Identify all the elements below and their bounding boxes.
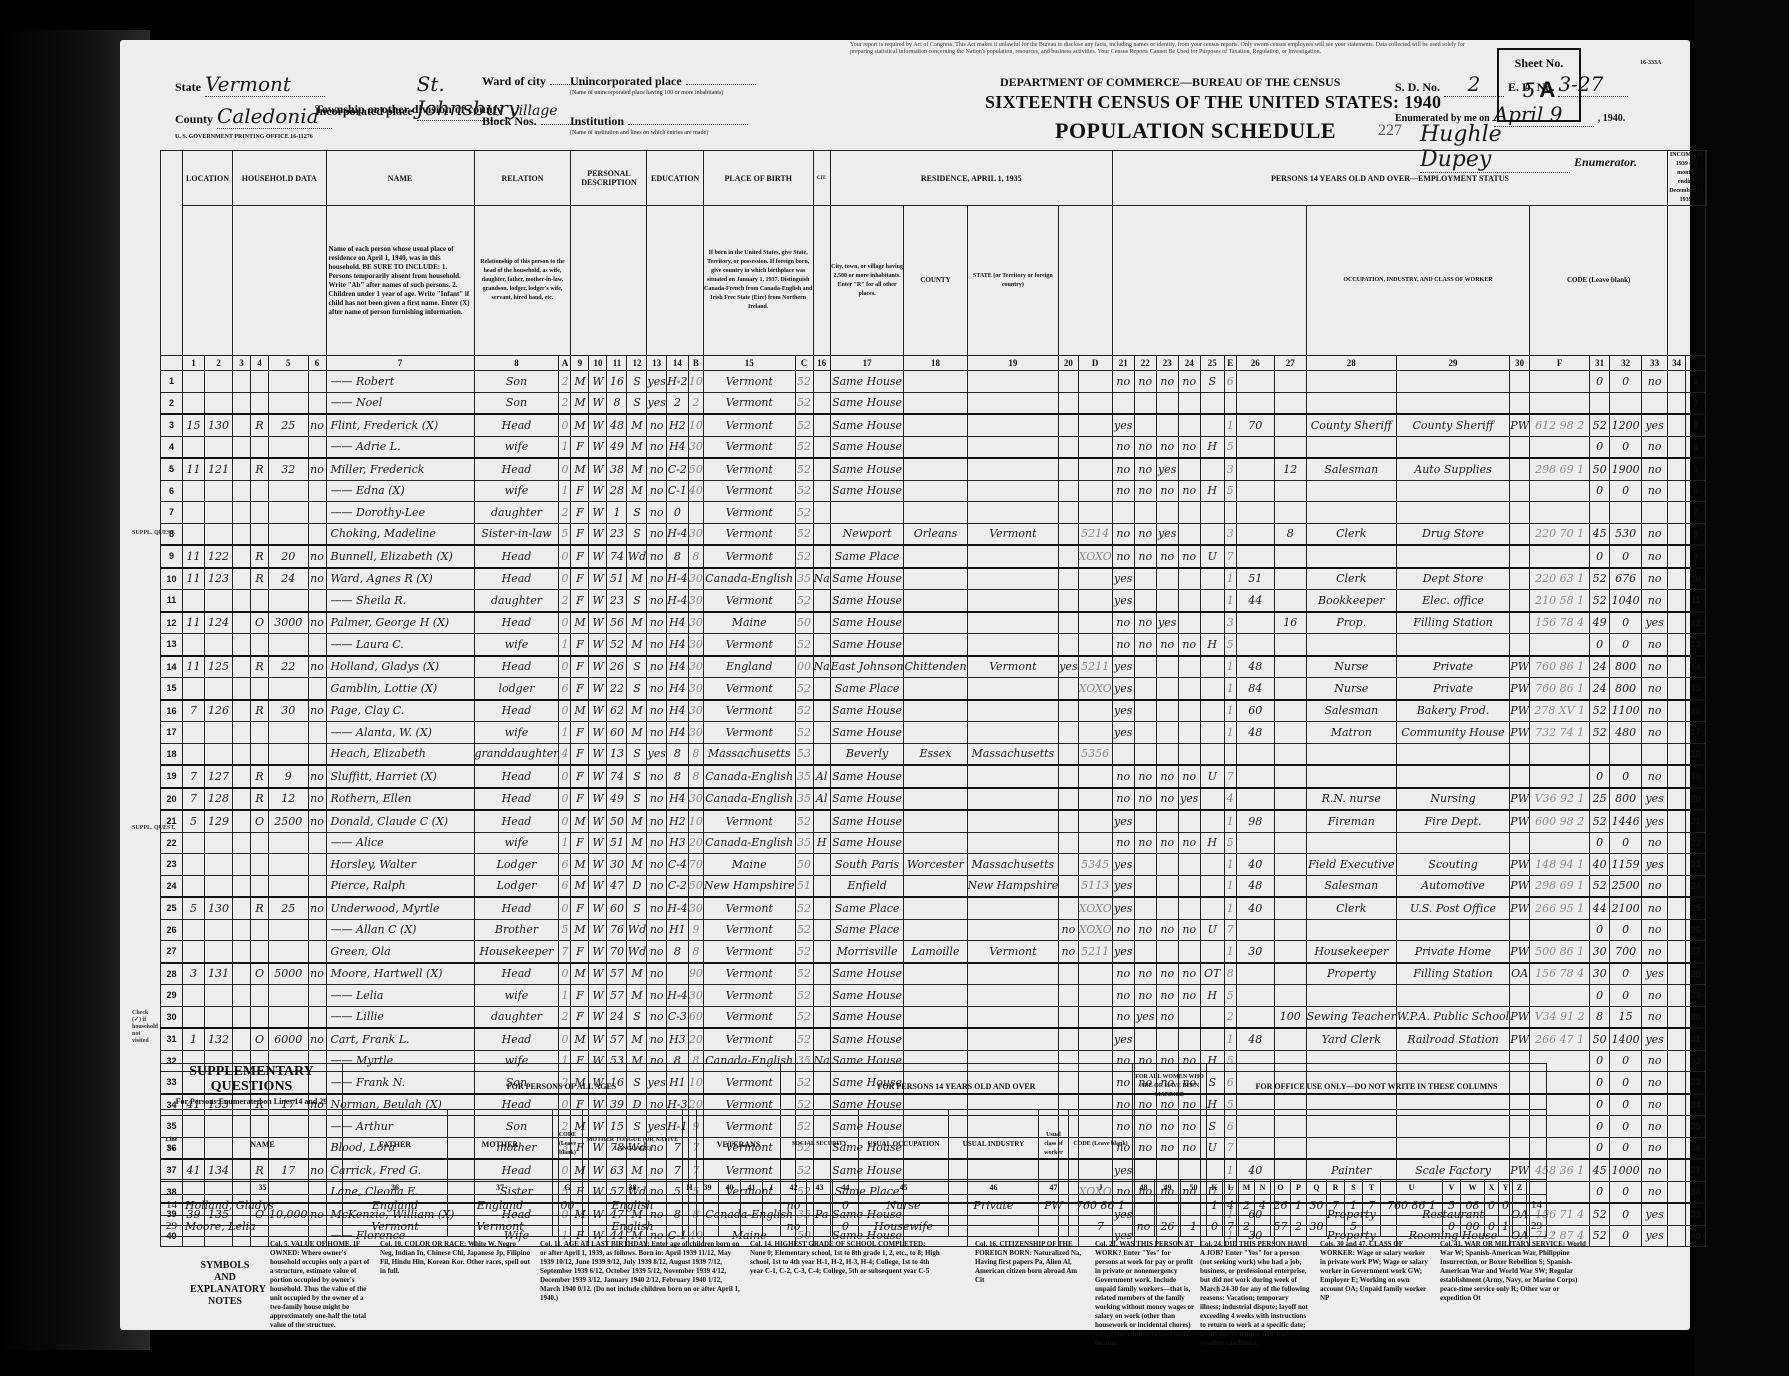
cell-age: 24 — [607, 1006, 627, 1028]
cell-a: 0 — [559, 700, 571, 722]
cell-other-income: no — [1642, 1072, 1668, 1094]
cell-c: 52 — [795, 590, 813, 612]
cell-grade: H4 — [666, 788, 688, 811]
cell-c25 — [1200, 568, 1224, 590]
cell-c22: no — [1134, 458, 1156, 480]
supp-cell-c48 — [1133, 1195, 1155, 1216]
cell-f — [1530, 480, 1590, 502]
column-number: 2 — [205, 356, 233, 371]
cell-c21: yes — [1112, 568, 1134, 590]
cell-own — [251, 523, 269, 545]
cell-birth: Vermont — [703, 545, 795, 568]
cell-c24 — [1178, 458, 1200, 480]
supp-column-number: 41 — [741, 1180, 763, 1195]
residence-city-header: City, town, or village having 2,500 or m… — [830, 206, 904, 356]
cell-wages: 1100 — [1610, 700, 1642, 722]
cell-c: 53 — [795, 743, 813, 765]
cell-sex: M — [571, 700, 589, 722]
line-number: 7 — [161, 502, 183, 524]
cell-res-county — [904, 678, 967, 700]
line-number: 14 — [161, 656, 183, 678]
supp-name-header: NAME — [183, 1110, 343, 1180]
cell-class: OA — [1510, 963, 1530, 985]
cell-marital: M — [627, 722, 647, 744]
cell-c: 52 — [795, 700, 813, 722]
cell-race: W — [589, 765, 607, 788]
column-group-header: LOCATION HOUSEHOLD DATA NAME RELATION PE… — [161, 151, 1707, 206]
cell-c25: H — [1200, 985, 1224, 1007]
cell-a: 0 — [559, 1028, 571, 1050]
cell-value — [269, 371, 309, 393]
cell-c22: no — [1134, 371, 1156, 393]
cell-race: W — [589, 414, 607, 436]
cell-farm: no — [308, 414, 326, 436]
cell-sex: M — [571, 1028, 589, 1050]
cell-sex: M — [571, 875, 589, 897]
cell-sex: M — [571, 458, 589, 480]
cell-res-city: South Paris — [830, 854, 904, 876]
cell-street: 7 — [183, 788, 205, 811]
line-number: 2 — [161, 392, 183, 414]
cell-farm35 — [1059, 743, 1078, 765]
cell-class: PW — [1510, 1006, 1530, 1028]
line-number: 10 — [1686, 568, 1706, 590]
supp-column-number: M — [1239, 1180, 1255, 1195]
cell-c: 52 — [795, 414, 813, 436]
cell-e: 1 — [1224, 722, 1236, 744]
cell-relation: daughter — [474, 590, 559, 612]
cell-value: 6000 — [269, 1028, 309, 1050]
cell-c: 52 — [795, 480, 813, 502]
cell-sex: F — [571, 832, 589, 854]
cell-d — [1078, 568, 1112, 590]
line-number: 20 — [161, 788, 183, 811]
cell-farm — [308, 743, 326, 765]
cell-house: 124 — [205, 612, 233, 634]
cell-farm35 — [1059, 1028, 1078, 1050]
cell-house — [205, 634, 233, 656]
cell-age: 56 — [607, 612, 627, 634]
cell-farm: no — [308, 545, 326, 568]
supp-cell-z — [1513, 1195, 1527, 1216]
cell-c27: 12 — [1274, 458, 1306, 480]
cell-c24: no — [1178, 634, 1200, 656]
cell-e: 5 — [1224, 480, 1236, 502]
cell-marital: M — [627, 436, 647, 458]
cell-occupation: Clerk — [1306, 523, 1396, 545]
cell-marital: M — [627, 480, 647, 502]
line-number: 21 — [1686, 810, 1706, 832]
column-number: 4 — [251, 356, 269, 371]
cell-c22: yes — [1134, 1006, 1156, 1028]
cell-farm-sched — [1668, 634, 1686, 656]
cell-street — [183, 919, 205, 941]
cell-res-city: Same House — [830, 568, 904, 590]
cell-occupation — [1306, 919, 1396, 941]
cell-c27 — [1274, 919, 1306, 941]
cell-school: no — [647, 985, 666, 1007]
supp-cell-q: 30 — [1307, 1195, 1327, 1216]
cell-street: 7 — [183, 700, 205, 722]
cell-b: 30 — [688, 590, 703, 612]
cell-weeks: 24 — [1590, 678, 1610, 700]
cell-res-city: Same House — [830, 436, 904, 458]
cell-marital: D — [627, 875, 647, 897]
cell-res-city: Same Place — [830, 678, 904, 700]
supp-cell-q: 30 — [1307, 1216, 1327, 1237]
cell-school: no — [647, 832, 666, 854]
cell-c24: no — [1178, 436, 1200, 458]
cell-industry: U.S. Post Office — [1396, 897, 1509, 919]
cell-d — [1078, 1028, 1112, 1050]
cell-wages: 0 — [1610, 1203, 1642, 1225]
cell-occupation — [1306, 480, 1396, 502]
cell-birth: Vermont — [703, 700, 795, 722]
column-number: 28 — [1306, 356, 1396, 371]
cell-d — [1078, 436, 1112, 458]
cell-age: 26 — [607, 656, 627, 678]
cell-weeks: 52 — [1590, 700, 1610, 722]
cell-c23: yes — [1156, 458, 1178, 480]
cell-res-state: Massachusetts — [967, 743, 1059, 765]
cell-c24 — [1178, 612, 1200, 634]
cell-relation: Head — [474, 612, 559, 634]
supp-cell-v: 5 — [1443, 1195, 1461, 1216]
cell-other-income: no — [1642, 634, 1668, 656]
supp-cell-p: 2 — [1291, 1216, 1307, 1237]
cell-other-income: no — [1642, 590, 1668, 612]
supp-father-header: FATHER — [343, 1110, 448, 1180]
note-col5: Col. 5. VALUE OF HOME, IF OWNED: Where o… — [270, 1240, 370, 1330]
cell-other-income: no — [1642, 1181, 1668, 1203]
cell-relation: Head — [474, 963, 559, 985]
cell-num — [233, 963, 251, 985]
cell-occupation — [1306, 436, 1396, 458]
cell-class — [1510, 743, 1530, 765]
cell-res-city: Same House — [830, 371, 904, 393]
institution-field: Institution (Name of institution and lin… — [570, 112, 748, 137]
column-number — [1686, 356, 1706, 371]
line-number: 6 — [161, 480, 183, 502]
cell-res-county — [904, 436, 967, 458]
cell-res-state — [967, 678, 1059, 700]
cell-sex: F — [571, 502, 589, 524]
cell-num — [233, 722, 251, 744]
cell-c21: no — [1112, 545, 1134, 568]
cell-grade — [666, 963, 688, 985]
cell-f: 612 98 2 — [1530, 414, 1590, 436]
cell-sex: F — [571, 656, 589, 678]
cell-res-county — [904, 590, 967, 612]
line-number: 18 — [1686, 743, 1706, 765]
cell-farm-sched — [1668, 545, 1686, 568]
cell-c23: no — [1156, 480, 1178, 502]
cell-street — [183, 832, 205, 854]
cell-school: no — [647, 700, 666, 722]
cell-street: 11 — [183, 656, 205, 678]
cell-res-city: Same House — [830, 810, 904, 832]
cell-c23 — [1156, 502, 1178, 524]
cell-sex: F — [571, 897, 589, 919]
cell-street: 11 — [183, 458, 205, 480]
cell-e: 1 — [1224, 941, 1236, 963]
cell-school: no — [647, 722, 666, 744]
cell-name: Pierce, Ralph — [326, 875, 474, 897]
cell-num — [233, 545, 251, 568]
birth-instructions: If born in the United States, give State… — [703, 206, 813, 356]
cell-d: 5113 — [1078, 875, 1112, 897]
cell-name: Underwood, Myrtle — [326, 897, 474, 919]
cell-res-city: Same House — [830, 480, 904, 502]
cell-industry: Private — [1396, 656, 1509, 678]
cell-c23 — [1156, 875, 1178, 897]
cell-farm35 — [1059, 414, 1078, 436]
cell-wages: 1446 — [1610, 810, 1642, 832]
cell-b: 30 — [688, 523, 703, 545]
cell-name: —— Dorothy-Lee — [326, 502, 474, 524]
cell-c25 — [1200, 502, 1224, 524]
cell-age: 57 — [607, 985, 627, 1007]
cell-farm-sched — [1668, 458, 1686, 480]
supp-cell-c50: 1 — [1181, 1216, 1207, 1237]
supp-cell-c44: 0 — [833, 1195, 859, 1216]
cell-grade: H4 — [666, 634, 688, 656]
supp-cell-code: 00 — [553, 1195, 583, 1216]
cell-own — [251, 392, 269, 414]
cell-res-city: Same Place — [830, 919, 904, 941]
supp-cell-43 — [807, 1195, 833, 1216]
cell-occupation: Salesman — [1306, 875, 1396, 897]
cell-relation: wife — [474, 985, 559, 1007]
cell-f: 500 86 1 — [1530, 941, 1590, 963]
census-row: 4—— Adrie L.wife1FW49MnoH430Vermont52Sam… — [161, 436, 1707, 458]
cell-res-county — [904, 502, 967, 524]
note-col24: Col. 24. DID THIS PERSON HAVE A JOB? Ent… — [1200, 1240, 1310, 1348]
cell-weeks: 0 — [1590, 1137, 1610, 1159]
column-number: 30 — [1510, 356, 1530, 371]
supp-cell-41 — [741, 1216, 763, 1237]
cell-c24: no — [1178, 545, 1200, 568]
cell-d: 5356 — [1078, 743, 1112, 765]
cell-c23 — [1156, 656, 1178, 678]
cell-other-income: no — [1642, 1116, 1668, 1138]
cell-c21: no — [1112, 832, 1134, 854]
cell-farm35 — [1059, 854, 1078, 876]
cell-birth: Maine — [703, 854, 795, 876]
cell-sex: F — [571, 1006, 589, 1028]
supp-usual-ind-header: USUAL INDUSTRY — [949, 1110, 1039, 1180]
cell-c25 — [1200, 678, 1224, 700]
cell-value: 9 — [269, 765, 309, 788]
cell-c: 35 — [795, 568, 813, 590]
cell-c26: 40 — [1236, 854, 1274, 876]
cell-class — [1510, 765, 1530, 788]
cell-weeks: 8 — [1590, 1006, 1610, 1028]
cell-c21: no — [1112, 985, 1134, 1007]
cell-c21: no — [1112, 436, 1134, 458]
cell-c27 — [1274, 634, 1306, 656]
cell-other-income: yes — [1642, 414, 1668, 436]
cell-class — [1510, 612, 1530, 634]
supp-cell-usualind — [949, 1216, 1039, 1237]
cell-c26 — [1236, 392, 1274, 414]
cell-own: O — [251, 612, 269, 634]
cell-f: 220 70 1 — [1530, 523, 1590, 545]
cell-c22 — [1134, 700, 1156, 722]
cell-street — [183, 854, 205, 876]
cell-e: 1 — [1224, 414, 1236, 436]
cell-wages: 0 — [1610, 1072, 1642, 1094]
cell-house — [205, 743, 233, 765]
line-number: 11 — [161, 590, 183, 612]
cell-farm: no — [308, 897, 326, 919]
supp-column-number: Y — [1499, 1180, 1513, 1195]
cell-other-income: yes — [1642, 1028, 1668, 1050]
cell-street — [183, 480, 205, 502]
cell-school: no — [647, 678, 666, 700]
cell-own — [251, 480, 269, 502]
cell-age: 8 — [607, 392, 627, 414]
cell-farm: no — [308, 963, 326, 985]
cell-weeks: 25 — [1590, 788, 1610, 811]
line-number: 5 — [161, 458, 183, 480]
cell-farm-sched — [1668, 810, 1686, 832]
cell-age: 57 — [607, 1028, 627, 1050]
cell-age: 38 — [607, 458, 627, 480]
cell-race: W — [589, 743, 607, 765]
sheet-number: 5 — [1523, 78, 1536, 102]
residence-county-header: COUNTY — [904, 206, 967, 356]
note-col10: Col. 10. COLOR OR RACE: White W, Negro N… — [380, 1240, 530, 1276]
cell-c23 — [1156, 1028, 1178, 1050]
line-number: 22 — [1686, 832, 1706, 854]
cell-a: 0 — [559, 897, 571, 919]
cell-d — [1078, 392, 1112, 414]
cell-race: W — [589, 788, 607, 811]
cell-name: Cart, Frank L. — [326, 1028, 474, 1050]
cell-f — [1530, 919, 1590, 941]
cell-value — [269, 722, 309, 744]
cell-relation: Housekeeper — [474, 941, 559, 963]
cell-race: W — [589, 678, 607, 700]
township-label: Township or other division of county — [315, 102, 503, 116]
cell-school: no — [647, 568, 666, 590]
supp-cell-h — [683, 1216, 697, 1237]
column-number: 7 — [326, 356, 474, 371]
cell-wages: 2500 — [1610, 875, 1642, 897]
cell-school: no — [647, 634, 666, 656]
cell-occupation: Nurse — [1306, 678, 1396, 700]
cell-name: —— Robert — [326, 371, 474, 393]
cell-occupation: Yard Clerk — [1306, 1028, 1396, 1050]
supp-cell-c50 — [1181, 1195, 1207, 1216]
cell-street: 5 — [183, 810, 205, 832]
cell-value: 25 — [269, 414, 309, 436]
cell-num — [233, 875, 251, 897]
cell-sex: M — [571, 919, 589, 941]
cell-c22: no — [1134, 832, 1156, 854]
cell-sex: F — [571, 634, 589, 656]
cell-e: 3 — [1224, 523, 1236, 545]
census-row: 7—— Dorothy-Leedaughter2FW1Sno0Vermont52… — [161, 502, 1707, 524]
cell-other-income: no — [1642, 765, 1668, 788]
cell-wages: 0 — [1610, 545, 1642, 568]
cell-value — [269, 1006, 309, 1028]
cell-c22: no — [1134, 963, 1156, 985]
supp-cell-r: 7 — [1327, 1195, 1345, 1216]
cell-farm: no — [308, 700, 326, 722]
cell-marital: Wd — [627, 919, 647, 941]
cell-c26: 40 — [1236, 897, 1274, 919]
column-number: 3 — [233, 356, 251, 371]
cell-e: 5 — [1224, 832, 1236, 854]
cell-farm — [308, 502, 326, 524]
schedule-title: POPULATION SCHEDULE — [1055, 118, 1336, 144]
symbols-title: SYMBOLS AND EXPLANATORY NOTES — [190, 1260, 260, 1308]
cell-relation: wife — [474, 722, 559, 744]
cell-c: 35 — [795, 832, 813, 854]
cell-sex: M — [571, 854, 589, 876]
cell-farm35 — [1059, 523, 1078, 545]
cell-industry: W.P.A. Public School — [1396, 1006, 1509, 1028]
cell-a: 1 — [559, 985, 571, 1007]
cell-street: 7 — [183, 765, 205, 788]
cell-b: 8 — [688, 765, 703, 788]
supp-cell-usualocc: Nurse — [859, 1195, 949, 1216]
cell-grade: C-3 — [666, 1006, 688, 1028]
supp-cell-l: 4 — [1223, 1195, 1239, 1216]
cell-c22 — [1134, 678, 1156, 700]
cell-c27 — [1274, 414, 1306, 436]
cell-c26 — [1236, 436, 1274, 458]
supp-row: 29Moore, LeliaVermontVermontEnglishno0Ho… — [161, 1216, 1547, 1237]
cell-res-city: Same House — [830, 700, 904, 722]
cell-class: PW — [1510, 897, 1530, 919]
cell-c: 52 — [795, 985, 813, 1007]
cell-c25 — [1200, 612, 1224, 634]
cell-c26 — [1236, 480, 1274, 502]
cell-wages: 480 — [1610, 722, 1642, 744]
cell-d — [1078, 788, 1112, 811]
cell-num — [233, 502, 251, 524]
cell-e: 1 — [1224, 678, 1236, 700]
cell-school: yes — [647, 743, 666, 765]
cell-c22: no — [1134, 788, 1156, 811]
cell-e: 7 — [1224, 545, 1236, 568]
cell-name: Gamblin, Lottie (X) — [326, 678, 474, 700]
supp-cell-j: 760 86 1 — [1069, 1195, 1133, 1216]
column-number: 14 — [666, 356, 688, 371]
cell-c: 35 — [795, 788, 813, 811]
group-name: NAME — [326, 151, 474, 206]
cell-wages: 0 — [1610, 634, 1642, 656]
cell-birth: Vermont — [703, 502, 795, 524]
cell-c25: U — [1200, 765, 1224, 788]
supp-col-header: Line No. NAME FATHER MOTHER CODE (Leave … — [161, 1110, 1547, 1180]
cell-occupation — [1306, 392, 1396, 414]
cell-c26: 60 — [1236, 700, 1274, 722]
cell-cit — [813, 590, 830, 612]
cell-num — [233, 788, 251, 811]
cell-marital: S — [627, 678, 647, 700]
line-number: 39 — [1686, 1203, 1706, 1225]
cell-c27 — [1274, 1028, 1306, 1050]
column-number: 17 — [830, 356, 904, 371]
cell-birth: Vermont — [703, 1006, 795, 1028]
cell-value: 12 — [269, 788, 309, 811]
cell-wages: 1040 — [1610, 590, 1642, 612]
census-row: 26—— Allan C (X)Brother5MW76WdnoH19Vermo… — [161, 919, 1707, 941]
